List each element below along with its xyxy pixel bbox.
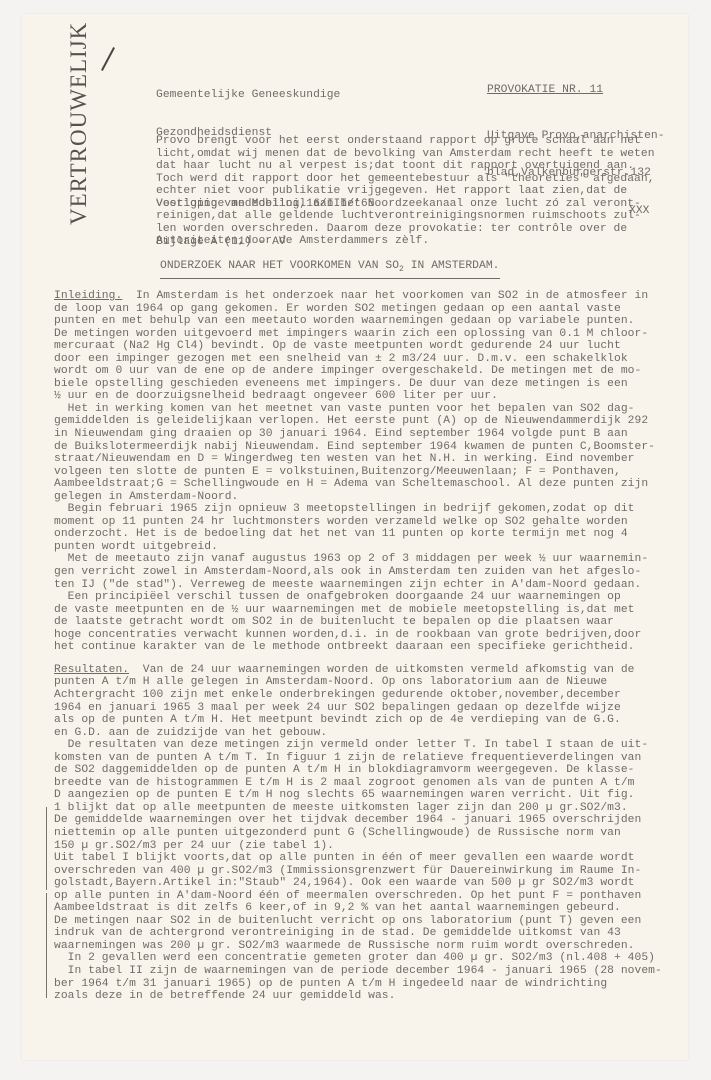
resultaten-line: punten A t/m H alle gelegen in Amsterdam… (54, 676, 662, 689)
inleiding-line: gen verricht zowel in Amsterdam-Noord,al… (54, 566, 662, 579)
intro-line: dat haar lucht nu al verpest is;dat toon… (156, 160, 655, 173)
inleiding-line: volgeen ten slotte de punten E = volkstu… (54, 466, 662, 479)
intro-paragraph: Provo brengt voor het eerst onderstaand … (156, 135, 655, 248)
resultaten-line: niettemin op alle punten uitgezonderd pu… (54, 827, 662, 840)
resultaten-line: op alle punten in A'dam-Noord één of mee… (54, 890, 662, 903)
intro-line: Autoriteiten,door de Amsterdammers zèlf. (156, 235, 655, 248)
section-title-text: ONDERZOEK NAAR HET VOORKOMEN VAN SO (160, 260, 399, 272)
margin-mark (46, 807, 47, 890)
inleiding-line: Inleiding. In Amsterdam is het onderzoek… (54, 290, 662, 303)
inleiding-line: gemiddelden is geleidelijkaan verlopen. … (54, 415, 662, 428)
resultaten-line: Resultaten. Van de 24 uur waarnemingen w… (54, 664, 662, 677)
inleiding-line: Aambeeldstraat;G = Schellingwoude en H =… (54, 478, 662, 491)
intro-line: Toch werd dit rapport door het gemeenteb… (156, 173, 655, 186)
report-body: Inleiding. In Amsterdam is het onderzoek… (54, 290, 662, 1003)
inleiding-line: wordt om 0 uur van de ene op de andere i… (54, 365, 662, 378)
resultaten-line: en G.D. aan de zuidzijde van het gebouw. (54, 727, 662, 740)
inleiding-line: de laatste getracht wordt om SO2 in de b… (54, 616, 662, 629)
inleiding-line: in Nieuwendam ging draaien op 30 januari… (54, 428, 662, 441)
resultaten-line: 1964 en januari 1965 3 maal per week 24 … (54, 702, 662, 715)
resultaten-line: In tabel II zijn de waarnemingen van de … (54, 965, 662, 978)
inleiding-line: onderzocht. Het is de bedoeling dat het … (54, 528, 662, 541)
inleiding-heading: Inleiding. (54, 290, 122, 302)
resultaten-line: indruk van de achtergrond verontreinigin… (54, 927, 662, 940)
inleiding-line: punten en met behulp van een meetauto wo… (54, 315, 662, 328)
inleiding-line: de Buikslotermeerdijk nabij Nieuwendam. … (54, 441, 662, 454)
resultaten-line: komsten van de punten A t/m T. In figuur… (54, 752, 662, 765)
inleiding-line: Begin februari 1965 zijn opnieuw 3 meeto… (54, 503, 662, 516)
issuer-org-line-1: Gemeentelijke Geneeskundige (156, 89, 375, 102)
provokatie-title: PROVOKATIE NR. 11 (487, 84, 665, 97)
inleiding-line: de loop van 1964 op gang gekomen. Er wor… (54, 303, 662, 316)
resultaten-line: golstadt,Bayern.Artikel in:"Staub" 24,19… (54, 877, 662, 890)
inleiding-line: De metingen worden uitgevoerd met imping… (54, 328, 662, 341)
inleiding-line: mercuraat (Na2 Hg Cl4) bevindt. Op de va… (54, 340, 662, 353)
section-title-text-end: IN AMSTERDAM. (404, 260, 500, 272)
inleiding-line: Met de meetauto zijn vanaf augustus 1963… (54, 553, 662, 566)
resultaten-heading: Resultaten. (54, 664, 129, 676)
inleiding-line: gelegen in Amsterdam-Noord. (54, 491, 662, 504)
resultaten-line: Aambeeldstraat is dit zelfs 6 keer,of in… (54, 902, 662, 915)
resultaten-line: In 2 gevallen werd een concentratie geme… (54, 952, 662, 965)
resultaten-line: 150 µ gr.SO2/m3 per 24 uur (zie tabel 1)… (54, 840, 662, 853)
resultaten-line: waarnemingen was 200 µ gr. SO2/m3 waarme… (54, 940, 662, 953)
resultaten-line: zoals deze in de betreffende 24 uur gemi… (54, 990, 662, 1003)
inleiding-line: punten wordt uitgebreid. (54, 541, 662, 554)
inleiding-line: biele opstelling geschieden eveneens met… (54, 378, 662, 391)
resultaten-line: D aangezien op de punten E t/m H nog sle… (54, 789, 662, 802)
inleiding-line: hoge concentraties verwacht kunnen worde… (54, 629, 662, 642)
inleiding-line: de vaste meetpunten en de ½ uur waarnemi… (54, 604, 662, 617)
resultaten-line: als op de punten A t/m H. Het meetpunt b… (54, 714, 662, 727)
inleiding-line: moment op 11 punten 24 hr luchtmonsters … (54, 516, 662, 529)
margin-mark (46, 893, 47, 998)
inleiding-line: Een principiëel verschil tussen de onafg… (54, 591, 662, 604)
inleiding-line: door een impinger gezogen met een snelhe… (54, 353, 662, 366)
inleiding-line: ten IJ ("de stad"). Verreweg de meeste w… (54, 579, 662, 592)
section-title: ONDERZOEK NAAR HET VOORKOMEN VAN SO2 IN … (160, 260, 500, 279)
intro-line: Provo brengt voor het eerst onderstaand … (156, 135, 655, 148)
inleiding-line: het continue karakter van de le methode … (54, 641, 662, 654)
intro-line: licht,omdat wij menen dat de bevolking v… (156, 148, 655, 161)
intro-line: reinigen,dat alle geldende luchtverontre… (156, 210, 655, 223)
resultaten-line: de SO2 daggemiddelden op de punten A t/m… (54, 764, 662, 777)
resultaten-line: De resultaten van deze metingen zijn ver… (54, 739, 662, 752)
intro-line: len worden overschreden. Daarom deze pro… (156, 223, 655, 236)
resultaten-line: ber 1964 t/m 31 januari 1965) op de punt… (54, 978, 662, 991)
inleiding-line: ½ uur en de doorzuigsnelheid bedraagt on… (54, 390, 662, 403)
intro-line: echter niet voor publikatie vrijgegeven.… (156, 185, 655, 198)
inleiding-line: straat/Nieuwendam en D = Wingerdweg ten … (54, 453, 662, 466)
resultaten-line: Uit tabel I blijkt voorts,dat op alle pu… (54, 852, 662, 865)
resultaten-line: 1 blijkt dat op alle meetpunten de meest… (54, 802, 662, 815)
resultaten-line: overschreden van 400 µ gr.SO2/m3 (Immiss… (54, 865, 662, 878)
intro-line: vestiging van Mobiloil aan het Noordzeek… (156, 198, 655, 211)
resultaten-line: Achtergracht 100 zijn met enkele onderbr… (54, 689, 662, 702)
confidential-stamp: VERTROUWELIJK (66, 22, 92, 225)
resultaten-line: De gemiddelde waarnemingen over het tijd… (54, 814, 662, 827)
resultaten-line: De metingen naar SO2 in de buitenlucht v… (54, 915, 662, 928)
inleiding-line: Het in werking komen van het meetnet van… (54, 403, 662, 416)
resultaten-line: breedte van de histogrammen E t/m H is 2… (54, 777, 662, 790)
